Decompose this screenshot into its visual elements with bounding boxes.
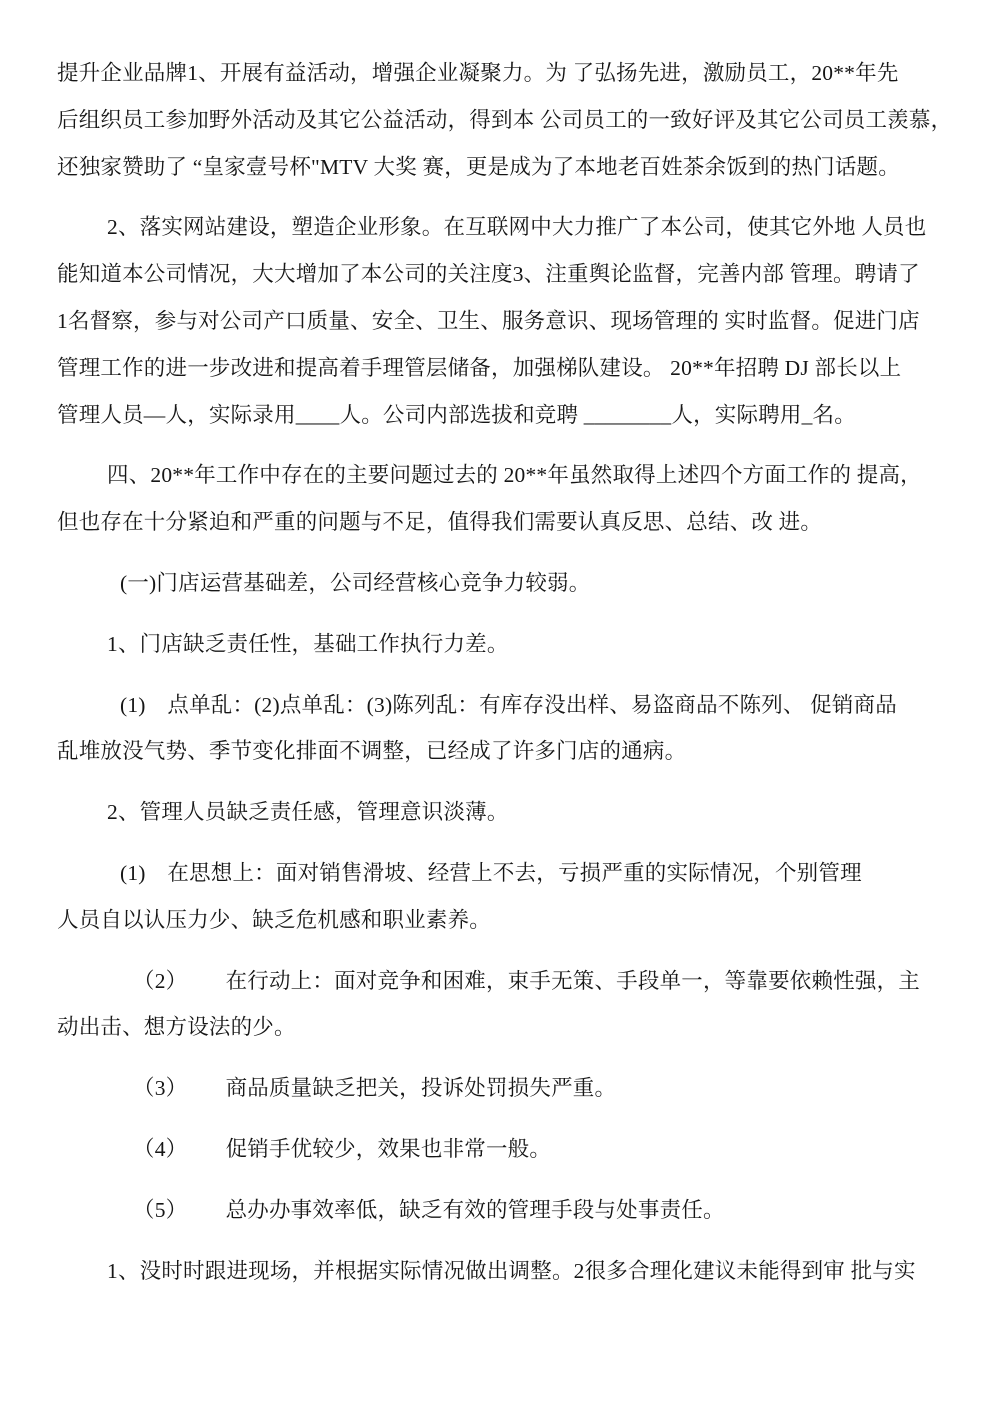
text-line: (一)门店运营基础差，公司经营核心竞争力较弱。 (57, 560, 960, 607)
text-line: 人员自以认压力少、缺乏危机感和职业素养。 (57, 897, 960, 944)
paragraph-subitem-promotion: （4） 促销手优较少，效果也非常一般。 (57, 1126, 960, 1173)
text-line: 后组织员工参加野外活动及其它公益活动，得到本 公司员工的一致好评及其它公司员工羡… (57, 97, 960, 144)
text-line: （4） 促销手优较少，效果也非常一般。 (57, 1126, 960, 1173)
paragraph-item-manager-responsibility: 2、管理人员缺乏责任感，管理意识淡薄。 (57, 789, 960, 836)
text-line: 管理工作的进一步改进和提高着手理管层储备，加强梯队建设。 20**年招聘 DJ … (57, 345, 960, 392)
paragraph-subitem-action: （2） 在行动上：面对竞争和困难，束手无策、手段单一，等靠要依赖性强，主 动出击… (57, 958, 960, 1052)
document-page: 提升企业品牌1、开展有益活动，增强企业凝聚力。为 了弘扬先进，激励员工，20**… (0, 0, 1000, 1415)
paragraph-item-store-operation: (一)门店运营基础差，公司经营核心竞争力较弱。 (57, 560, 960, 607)
paragraph-brand-promotion: 提升企业品牌1、开展有益活动，增强企业凝聚力。为 了弘扬先进，激励员工，20**… (57, 50, 960, 190)
text-line: 提升企业品牌1、开展有益活动，增强企业凝聚力。为 了弘扬先进，激励员工，20**… (57, 50, 960, 97)
text-line: 1、门店缺乏责任性，基础工作执行力差。 (57, 621, 960, 668)
text-line: 还独家赞助了 “皇家壹号杯"MTV 大奖 赛，更是成为了本地老百姓茶余饭到的热门… (57, 144, 960, 191)
text-line: 动出击、想方设法的少。 (57, 1004, 960, 1051)
text-line: (1) 点单乱：(2)点单乱：(3)陈列乱：有库存没出样、易盗商品不陈列、 促销… (57, 682, 960, 729)
paragraph-subitem-thought: (1) 在思想上：面对销售滑坡、经营上不去，亏损严重的实际情况，个别管理 人员自… (57, 850, 960, 944)
text-line: 管理人员—人，实际录用____人。公司内部选拔和竞聘 ________人，实际聘… (57, 392, 960, 439)
text-line: 四、20**年工作中存在的主要问题过去的 20**年虽然取得上述四个方面工作的 … (57, 452, 960, 499)
text-line: 2、管理人员缺乏责任感，管理意识淡薄。 (57, 789, 960, 836)
text-line: （2） 在行动上：面对竞争和困难，束手无策、手段单一，等靠要依赖性强，主 (57, 958, 960, 1005)
paragraph-follow-up: 1、没时时跟进现场，并根据实际情况做出调整。2很多合理化建议未能得到审 批与实 (57, 1248, 960, 1295)
text-line: 1、没时时跟进现场，并根据实际情况做出调整。2很多合理化建议未能得到审 批与实 (57, 1248, 960, 1295)
paragraph-item-store-responsibility: 1、门店缺乏责任性，基础工作执行力差。 (57, 621, 960, 668)
paragraph-subitem-quality: （3） 商品质量缺乏把关，投诉处罚损失严重。 (57, 1065, 960, 1112)
paragraph-section-four-problems: 四、20**年工作中存在的主要问题过去的 20**年虽然取得上述四个方面工作的 … (57, 452, 960, 546)
text-line: （5） 总办办事效率低，缺乏有效的管理手段与处事责任。 (57, 1187, 960, 1234)
paragraph-subitem-disorder: (1) 点单乱：(2)点单乱：(3)陈列乱：有库存没出样、易盗商品不陈列、 促销… (57, 682, 960, 776)
text-line: （3） 商品质量缺乏把关，投诉处罚损失严重。 (57, 1065, 960, 1112)
paragraph-subitem-efficiency: （5） 总办办事效率低，缺乏有效的管理手段与处事责任。 (57, 1187, 960, 1234)
text-line: 1名督察，参与对公司产口质量、安全、卫生、服务意识、现场管理的 实时监督。促进门… (57, 298, 960, 345)
paragraph-website-building: 2、落实网站建设，塑造企业形象。在互联网中大力推广了本公司，使其它外地 人员也 … (57, 204, 960, 438)
text-line: (1) 在思想上：面对销售滑坡、经营上不去，亏损严重的实际情况，个别管理 (57, 850, 960, 897)
text-line: 乱堆放没气势、季节变化排面不调整，已经成了许多门店的通病。 (57, 728, 960, 775)
text-line: 能知道本公司情况，大大增加了本公司的关注度3、注重舆论监督，完善内部 管理。聘请… (57, 251, 960, 298)
text-line: 但也存在十分紧迫和严重的问题与不足，值得我们需要认真反思、总结、改 进。 (57, 499, 960, 546)
text-line: 2、落实网站建设，塑造企业形象。在互联网中大力推广了本公司，使其它外地 人员也 (57, 204, 960, 251)
